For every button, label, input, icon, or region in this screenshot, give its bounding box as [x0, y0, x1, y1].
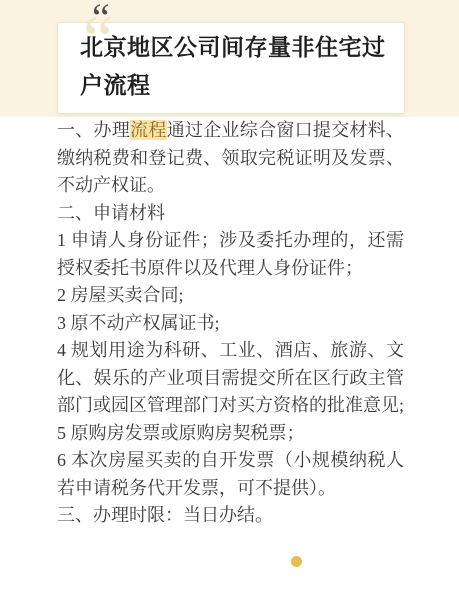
article-body: 一、办理流程通过企业综合窗口提交材料、缴纳税费和登记费、领取完税证明及发票、不动… — [57, 117, 404, 530]
paragraph-process-overview: 一、办理流程通过企业综合窗口提交材料、缴纳税费和登记费、领取完税证明及发票、不动… — [57, 117, 404, 200]
paragraph-time-limit: 三、办理时限：当日办结。 — [57, 502, 404, 530]
accent-dot — [291, 556, 302, 567]
paragraph-material-1: 1 申请人身份证件；涉及委托办理的，还需授权委托书原件以及代理人身份证件； — [57, 227, 404, 282]
note-title: 北京地区公司间存量非住宅过户流程 — [80, 29, 386, 105]
paragraph-material-3: 3 原不动产权属证书; — [57, 310, 404, 338]
paragraph-materials-heading: 二、申请材料 — [57, 200, 404, 228]
title-card: “ 北京地区公司间存量非住宅过户流程 — [57, 22, 405, 114]
paragraph-material-5: 5 原购房发票或原购房契税票； — [57, 420, 404, 448]
paragraph-material-4: 4 规划用途为科研、工业、酒店、旅游、文化、娱乐的产业项目需提交所在区行政主管部… — [57, 337, 404, 420]
paragraph-text: 一、办理 — [57, 120, 130, 140]
paragraph-material-2: 2 房屋买卖合同; — [57, 282, 404, 310]
highlighted-keyword: 流程 — [130, 120, 167, 140]
paragraph-material-6: 6 本次房屋买卖的自开发票（小规模纳税人若申请税务代开发票，可不提供）。 — [57, 447, 404, 502]
